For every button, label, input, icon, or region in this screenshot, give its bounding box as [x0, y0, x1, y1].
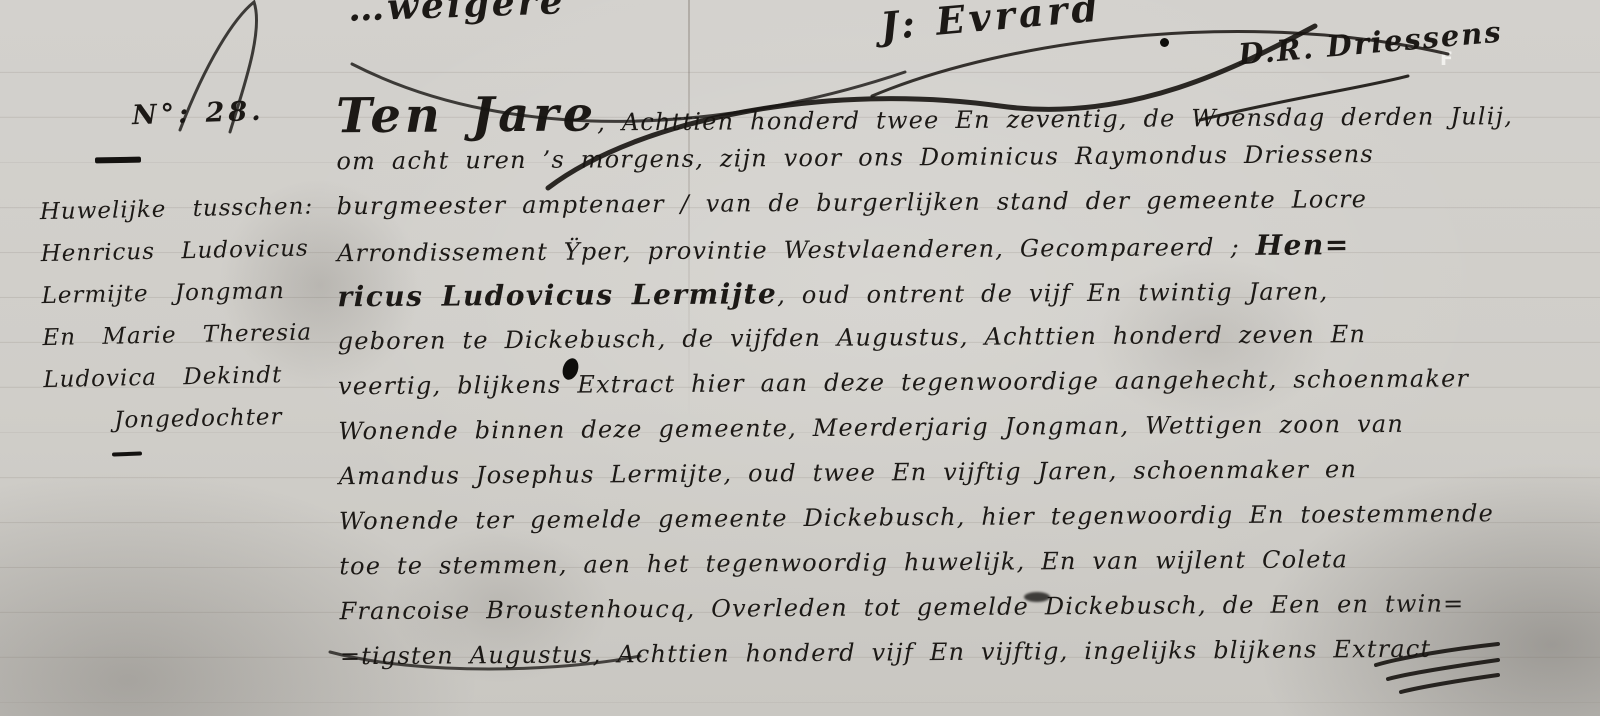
text-run: Wonende binnen deze gemeente, Meerderjar… — [338, 410, 1404, 445]
text-run: toe te stemmen, aen het tegenwoordig huw… — [339, 545, 1348, 580]
text-run: ricus Ludovicus Lermijte — [337, 277, 777, 313]
margin-dash — [95, 157, 141, 164]
ink-blot — [1024, 592, 1050, 602]
text-run: Amandus Josephus Lermijte, oud twee En v… — [339, 455, 1358, 490]
margin-note-line: Huwelijke tusschen: — [39, 185, 340, 233]
text-run: Arrondissement Ÿper, provintie Westvlaen… — [337, 233, 1256, 267]
margin-note-line: Ludovica Dekindt — [43, 353, 344, 401]
margin-note-line: Henricus Ludovicus — [40, 227, 341, 275]
signature-fragment: …weigere — [347, 0, 566, 30]
body-text: Ten Jare, Achttien honderd twee En zeven… — [336, 86, 1570, 680]
margin-note-line: Jongedochter — [44, 395, 345, 443]
text-run: om acht uren ’s morgens, zijn voor ons D… — [336, 140, 1374, 175]
margin-note-line: En Marie Theresia — [42, 311, 343, 359]
text-run: burgmeester amptenaer / van de burgerlij… — [337, 185, 1368, 220]
scanned-register-page: …weigere J: Evrard D.R. Driessens N°: 28… — [0, 0, 1600, 716]
text-run: , oud ontrent de vijf En twintig Jaren, — [777, 277, 1328, 309]
text-run: , Achttien honderd twee En zeventig, de … — [597, 102, 1513, 136]
archive-mark-letter: F — [1440, 48, 1453, 70]
body-line: Wonende binnen deze gemeente, Meerderjar… — [338, 401, 1568, 455]
text-run: veertig, blijkens Extract hier aan deze … — [338, 364, 1469, 400]
text-run: Wonende ter gemelde gemeente Dickebusch,… — [339, 499, 1494, 535]
body-line: Ten Jare, Achttien honderd twee En zeven… — [336, 86, 1566, 140]
body-line: =tigsten Augustus, Achttien honderd vijf… — [340, 626, 1570, 680]
text-run: Francoise Broustenhoucq, Overleden tot g… — [339, 589, 1464, 625]
act-number: N°: 28. — [131, 96, 265, 132]
signature-officer: D.R. Driessens — [1237, 15, 1504, 72]
text-run: Ten Jare — [336, 86, 597, 144]
body-line: Wonende ter gemelde gemeente Dickebusch,… — [339, 491, 1569, 545]
margin-dash — [112, 451, 142, 456]
text-run: =tigsten Augustus, Achttien honderd vijf… — [340, 635, 1432, 671]
signature-witness: J: Evrard — [878, 0, 1103, 49]
margin-note: Huwelijke tusschen:Henricus LudovicusLer… — [39, 185, 344, 443]
ink-blot — [1160, 38, 1169, 47]
text-run: geboren te Dickebusch, de vijfden August… — [338, 320, 1367, 355]
text-run: Hen= — [1256, 228, 1350, 262]
margin-note-line: Lermijte Jongman — [41, 269, 342, 317]
